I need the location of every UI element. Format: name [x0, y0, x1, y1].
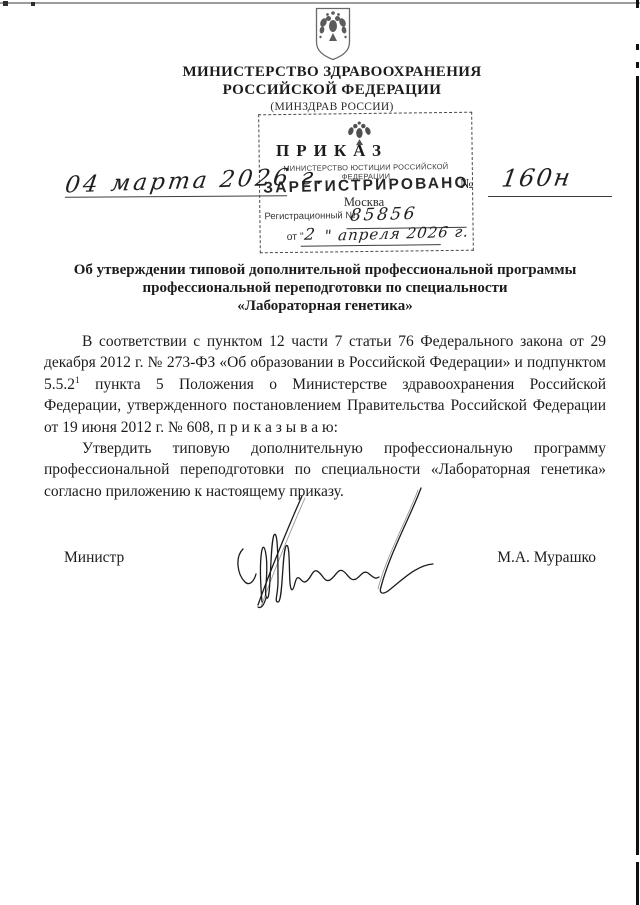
ministry-name-line1: МИНИСТЕРСТВО ЗДРАВООХРАНЕНИЯ	[24, 64, 640, 82]
scan-edge-right	[636, 0, 639, 8]
scan-edge-right	[636, 76, 639, 855]
ministry-short-name: (МИНЗДРАВ РОССИИ)	[24, 101, 640, 114]
scan-edge-right	[636, 862, 639, 905]
order-verb: п р и к а з ы в а ю:	[218, 419, 338, 436]
ministry-header: МИНИСТЕРСТВО ЗДРАВООХРАНЕНИЯ РОССИЙСКОЙ …	[24, 64, 640, 114]
stamp-reg-number-label: Регистрационный №	[264, 210, 355, 222]
scan-edge-right	[636, 44, 639, 50]
stamp-date-label: от "	[287, 231, 304, 243]
order-title-line1: Об утверждении типовой дополнительной пр…	[44, 261, 606, 279]
minister-signature-autograph	[232, 483, 442, 610]
order-title: Об утверждении типовой дополнительной пр…	[44, 261, 606, 315]
number-underline	[488, 196, 612, 197]
ministry-name-line2: РОССИЙСКОЙ ФЕДЕРАЦИИ	[24, 82, 640, 100]
order-body: В соответствии с пунктом 12 части 7 стат…	[44, 331, 606, 502]
order-title-line3: «Лабораторная генетика»	[44, 297, 606, 315]
handwritten-stamp-month-year: " апреля 2026 г.	[323, 222, 470, 244]
scan-speck	[31, 2, 35, 6]
stamp-date-underline	[301, 244, 441, 247]
handwritten-stamp-day: 2	[303, 225, 316, 244]
handwritten-order-number: 160н	[500, 163, 574, 192]
signer-position-label: Министр	[64, 549, 124, 567]
scan-speck	[3, 1, 8, 6]
order-number-sign: №	[460, 177, 473, 193]
scan-edge-top	[0, 2, 640, 4]
scanned-order-document: МИНИСТЕРСТВО ЗДРАВООХРАНЕНИЯ РОССИЙСКОЙ …	[0, 0, 640, 905]
body-paragraph-preamble: В соответствии с пунктом 12 части 7 стат…	[44, 331, 606, 438]
stamp-eagle-icon	[345, 120, 373, 146]
russia-coat-of-arms-icon	[314, 7, 352, 61]
handwritten-reg-number: 85856	[349, 204, 418, 226]
signer-name: М.А. Мурашко	[497, 549, 596, 567]
order-title-line2: профессиональной переподготовки по специ…	[44, 279, 606, 297]
